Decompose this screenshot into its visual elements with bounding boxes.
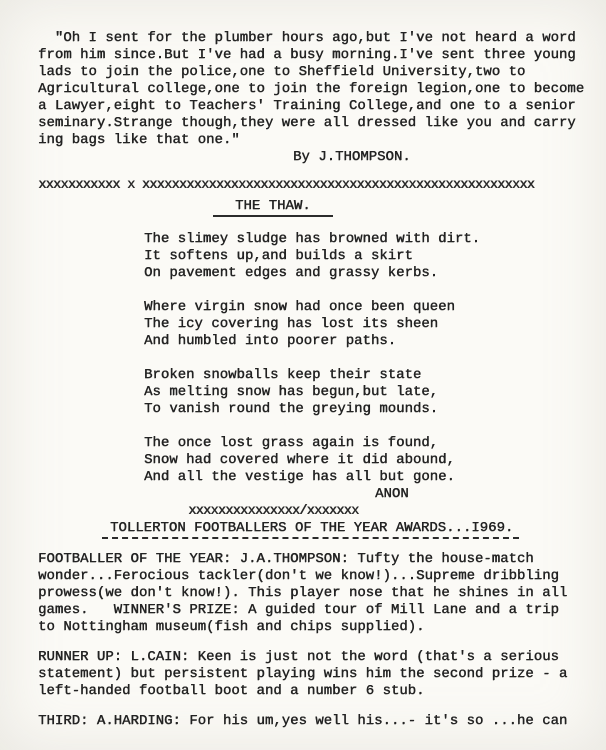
paragraph-line: to Nottingham museum(fish and chips supp…	[38, 619, 578, 636]
quote-line: a Lawyer,eight to Teachers' Training Col…	[38, 98, 578, 115]
paragraph-line: statement) but persistent playing wins h…	[38, 666, 578, 683]
quote-block: "Oh I sent for the plumber hours ago,but…	[38, 30, 578, 166]
paragraph-line: prowess(we don't know!). This player nos…	[38, 585, 578, 602]
quote-byline: By J.THOMPSON.	[293, 149, 578, 166]
poem-line: As melting snow has begun,but late,	[144, 384, 578, 401]
poem-line: The slimey sludge has browned with dirt.	[144, 231, 578, 248]
poem-line: To vanish round the greying mounds.	[144, 401, 578, 418]
poem-stanza: Broken snowballs keep their state As mel…	[144, 367, 578, 418]
poem-line: Snow had covered where it did abound,	[144, 452, 578, 469]
paragraph-line: left-handed football boot and a number 6…	[38, 683, 578, 700]
poem-line: Broken snowballs keep their state	[144, 367, 578, 384]
divider-rule-top: xxxxxxxxxxx x xxxxxxxxxxxxxxxxxxxxxxxxxx…	[38, 177, 578, 194]
quote-line: Agricultural college,one to join the for…	[38, 81, 578, 98]
poem-line: And humbled into poorer paths.	[144, 333, 578, 350]
paragraph-line: RUNNER UP: L.CAIN: Keen is just not the …	[38, 649, 578, 666]
poem-line: The icy covering has lost its sheen	[144, 316, 578, 333]
poem-stanza: The once lost grass again is found, Snow…	[144, 435, 578, 486]
poem-stanza: Where virgin snow had once been queen Th…	[144, 299, 578, 350]
quote-line: lads to join the police,one to Sheffield…	[38, 64, 578, 81]
poem-line: On pavement edges and grassy kerbs.	[144, 265, 578, 282]
paragraph-line: games. WINNER'S PRIZE: A guided tour of …	[38, 602, 578, 619]
poem-line: It softens up,and builds a skirt	[144, 248, 578, 265]
quote-line: seminary.Strange though,they were all dr…	[38, 115, 578, 132]
poem-line: Where virgin snow had once been queen	[144, 299, 578, 316]
quote-line: from him since.But I've had a busy morni…	[38, 47, 578, 64]
paragraph-line: THIRD: A.HARDING: For his um,yes well hi…	[38, 713, 578, 730]
awards-section-title: TOLLERTON FOOTBALLERS OF THE YEAR AWARDS…	[102, 520, 519, 539]
award-third-paragraph: THIRD: A.HARDING: For his um,yes well hi…	[38, 713, 578, 730]
awards-title-row: TOLLERTON FOOTBALLERS OF THE YEAR AWARDS…	[102, 520, 578, 539]
divider-rule-middle: xxxxxxxxxxxxxxx/xxxxxxx	[188, 503, 578, 520]
poem-title: THE THAW.	[213, 198, 333, 217]
typewritten-document-page: "Oh I sent for the plumber hours ago,but…	[0, 0, 606, 750]
paragraph-line: FOOTBALLER OF THE YEAR: J.A.THOMPSON: Tu…	[38, 551, 578, 568]
quote-line: "Oh I sent for the plumber hours ago,but…	[38, 30, 578, 47]
poem-line: And all the vestige has all but gone.	[144, 469, 578, 486]
award-runner-up-paragraph: RUNNER UP: L.CAIN: Keen is just not the …	[38, 649, 578, 700]
poem-author: ANON	[375, 486, 578, 503]
poem-title-row: THE THAW.	[213, 198, 578, 217]
poem-line: The once lost grass again is found,	[144, 435, 578, 452]
award-winner-paragraph: FOOTBALLER OF THE YEAR: J.A.THOMPSON: Tu…	[38, 551, 578, 636]
quote-line: ing bags like that one."	[38, 132, 578, 149]
poem-body: The slimey sludge has browned with dirt.…	[144, 231, 578, 486]
poem-stanza: The slimey sludge has browned with dirt.…	[144, 231, 578, 282]
paragraph-line: wonder...Ferocious tackler(don't we know…	[38, 568, 578, 585]
